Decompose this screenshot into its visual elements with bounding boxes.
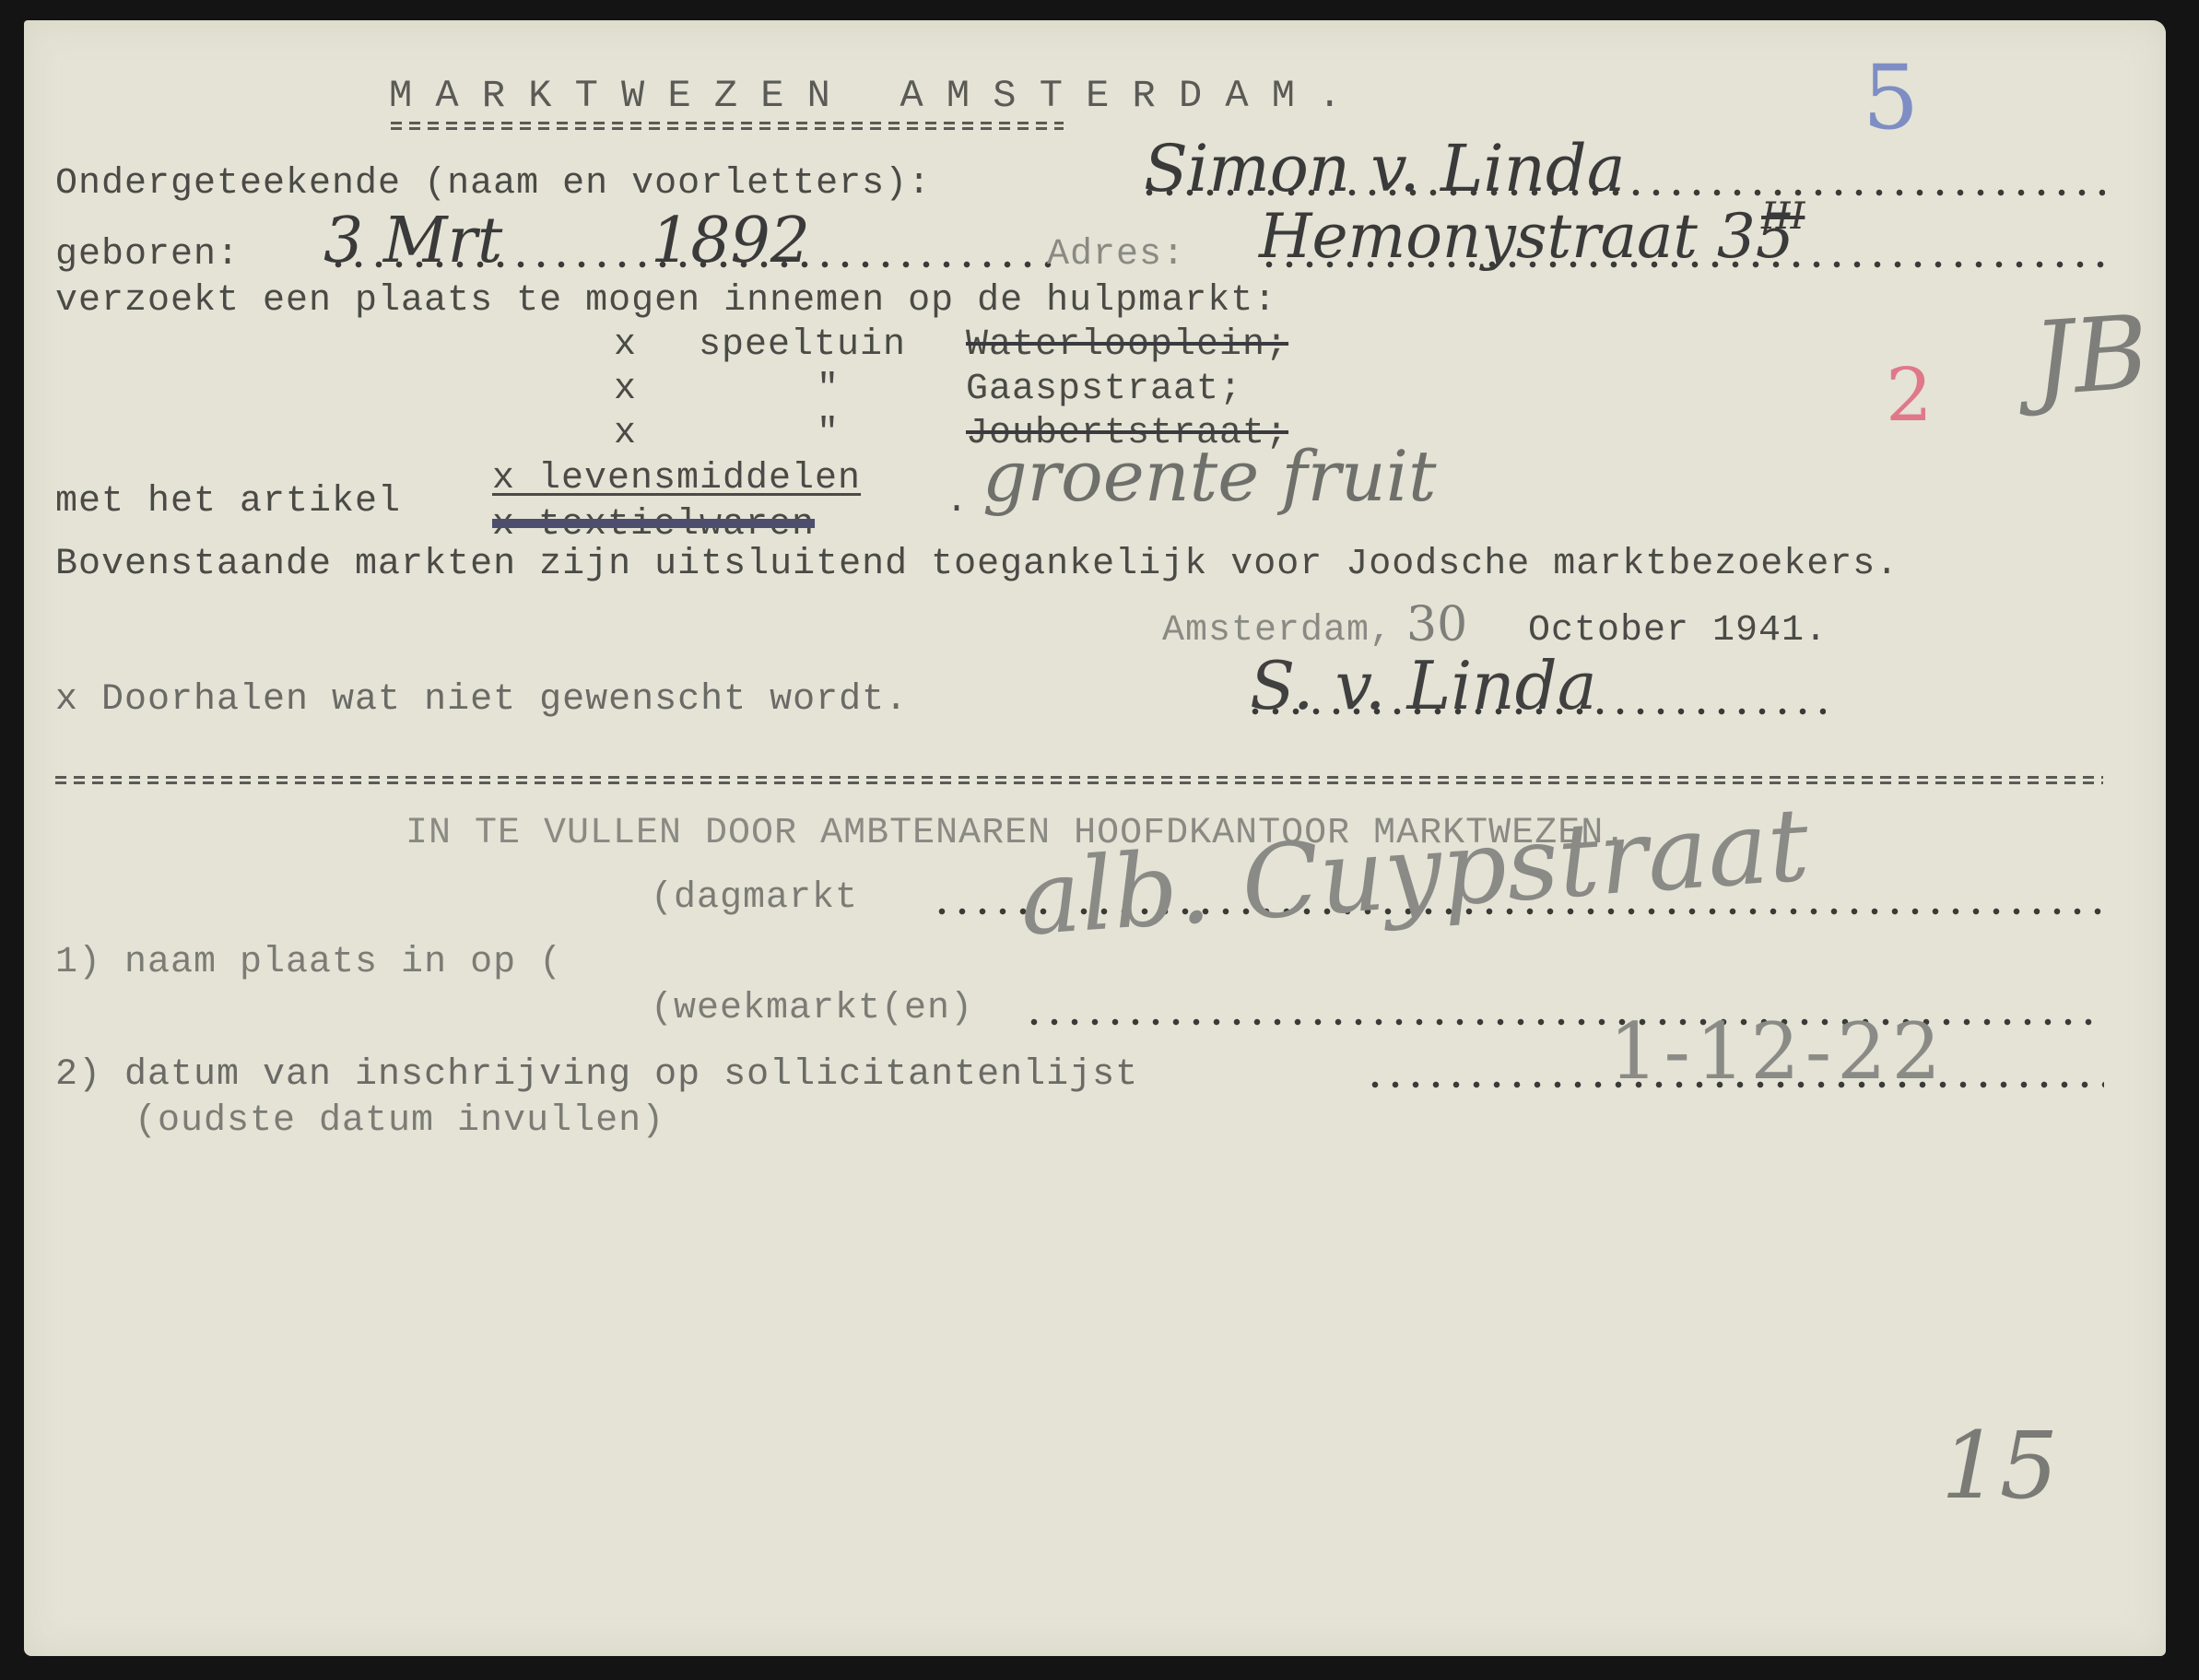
article-handwritten-value: groente fruit <box>982 435 1437 517</box>
applicant-label: Ondergeteekende (naam en voorletters): <box>55 163 931 205</box>
title-double-underline <box>391 120 1064 133</box>
market-prefix-ditto: " <box>817 413 840 454</box>
address-label: Adres: <box>1047 234 1185 276</box>
market-prefix-ditto: " <box>817 369 840 410</box>
market-prefix: speeltuin <box>699 324 906 366</box>
market-mark: x <box>614 413 637 454</box>
dagmarkt-label: (dagmarkt <box>651 877 858 919</box>
dagmarkt-handwritten-value: alb. Cuypstraat <box>1017 785 1813 957</box>
born-dotted-line <box>328 260 1056 269</box>
footnote-text: x Doorhalen wat niet gewenscht wordt. <box>55 679 908 721</box>
market-mark: x <box>614 324 637 366</box>
article-option-textiles-struck: x textielwaren <box>492 504 815 546</box>
item1-label: 1) naam plaats in op ( <box>55 942 562 983</box>
born-label: geboren: <box>55 234 240 276</box>
pencil-initials-annotation: JB <box>2029 293 2153 418</box>
article-option-food: x levensmiddelen <box>492 458 861 499</box>
document-card: M A R K T W E Z E N A M S T E R D A M . … <box>24 20 2166 1656</box>
request-line: verzoekt een plaats te mogen innemen op … <box>55 280 1276 322</box>
place-month-year: October 1941. <box>1528 610 1828 652</box>
article-label: met het artikel <box>55 481 401 523</box>
place-day-value: 30 <box>1406 597 1467 652</box>
weekmarkt-label: (weekmarkt(en) <box>651 988 973 1029</box>
place-city: Amsterdam, <box>1162 610 1393 652</box>
item2-sublabel: (oudste datum invullen) <box>135 1100 664 1142</box>
item2-dotted-line <box>1365 1080 2104 1089</box>
address-floor-mark: III <box>1761 195 1805 238</box>
market-name: Gaaspstraat; <box>966 369 1242 410</box>
document-title: M A R K T W E Z E N A M S T E R D A M . <box>389 74 1341 118</box>
page-number-annotation: 15 <box>1941 1412 2058 1520</box>
address-dotted-line <box>1259 260 2105 269</box>
market-name-struck: Waterlooplein; <box>966 324 1288 366</box>
article-period: . <box>946 481 969 523</box>
red-number-annotation: 2 <box>1886 352 1933 438</box>
blue-number-annotation: 5 <box>1863 46 1919 149</box>
notice-text: Bovenstaande markten zijn uitsluitend to… <box>55 544 1899 585</box>
signature-dotted-line <box>1245 707 1826 716</box>
market-mark: x <box>614 369 637 410</box>
item2-label: 2) datum van inschrijving op sollicitant… <box>55 1054 1138 1096</box>
applicant-dotted-line <box>1139 188 2105 197</box>
